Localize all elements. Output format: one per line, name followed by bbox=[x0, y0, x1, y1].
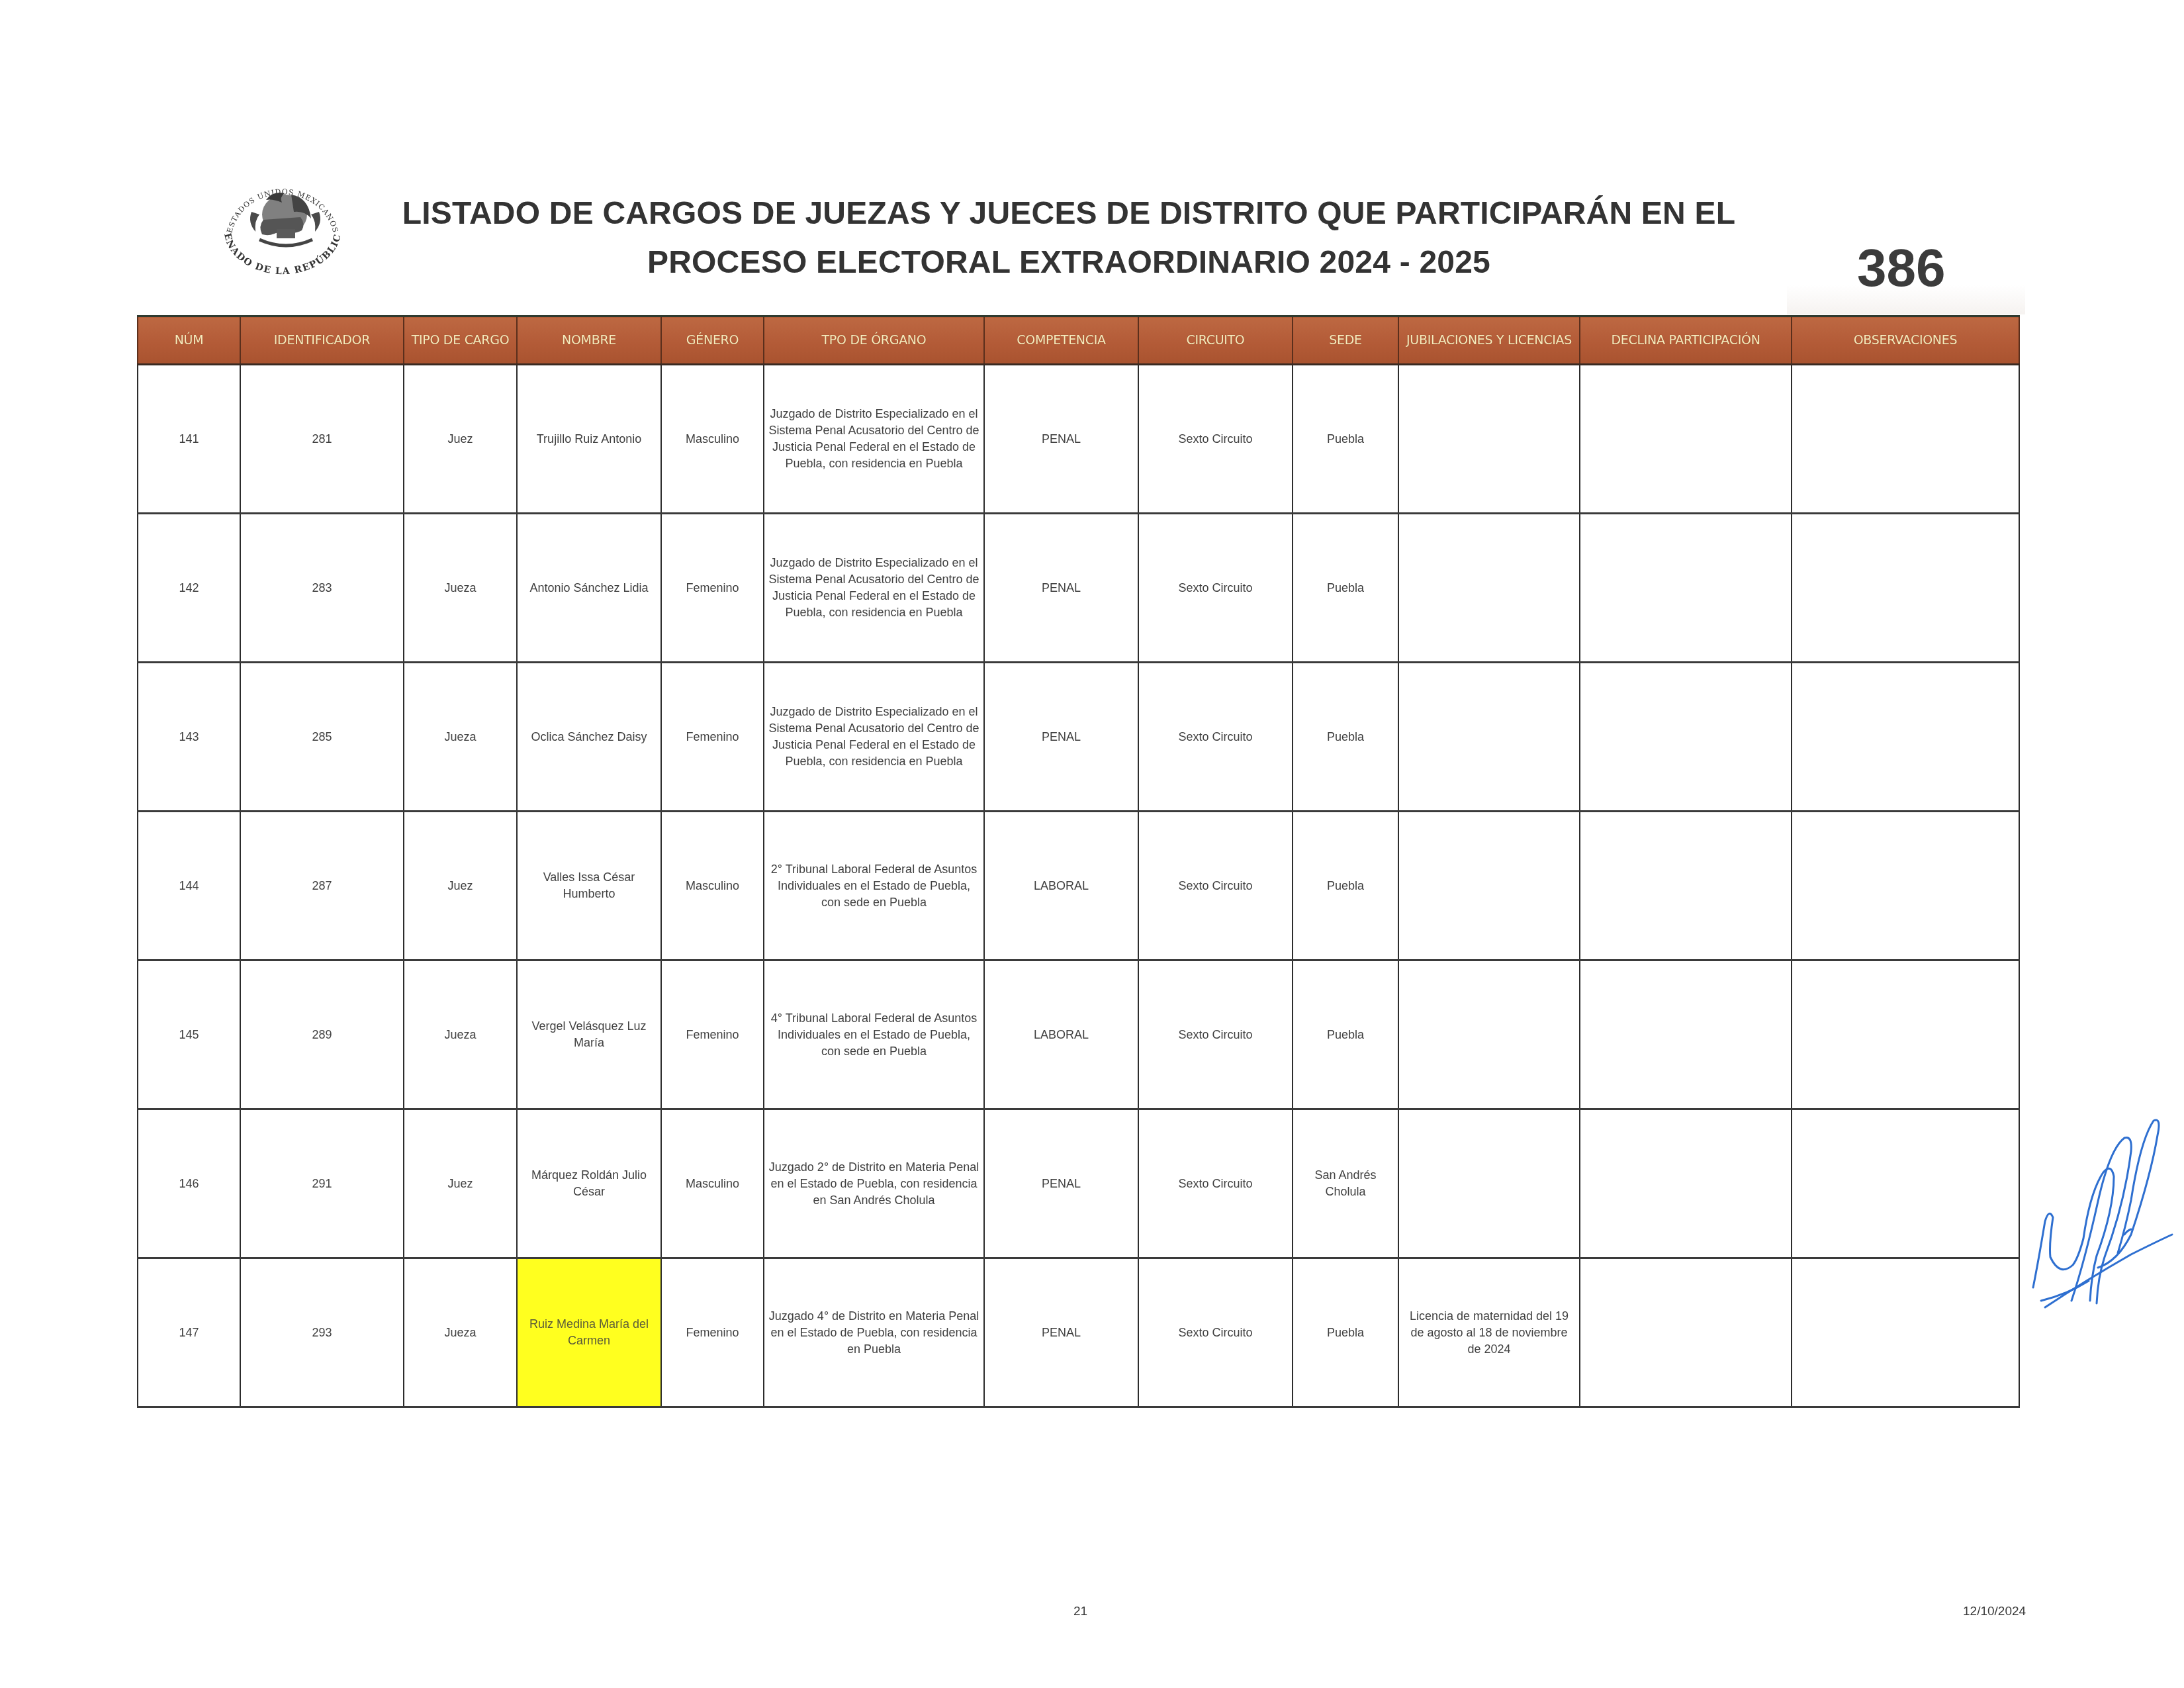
table-row: 141281JuezTrujillo Ruiz AntonioMasculino… bbox=[138, 365, 2019, 514]
table-row: 147293JuezaRuiz Medina María del CarmenF… bbox=[138, 1258, 2019, 1407]
page-number: 21 bbox=[1073, 1605, 1087, 1619]
cell-identificador: 283 bbox=[240, 514, 404, 663]
cell-circuito: Sexto Circuito bbox=[1138, 663, 1293, 812]
cell-tipo-cargo: Juez bbox=[404, 1109, 517, 1258]
cell-jubilaciones: Licencia de maternidad del 19 de agosto … bbox=[1398, 1258, 1580, 1407]
cell-num: 145 bbox=[138, 961, 240, 1109]
cell-sede: Puebla bbox=[1293, 961, 1398, 1109]
cell-nombre: Oclica Sánchez Daisy bbox=[517, 663, 661, 812]
cell-sede: Puebla bbox=[1293, 365, 1398, 514]
cell-competencia: PENAL bbox=[984, 1258, 1138, 1407]
cell-nombre: Valles Issa César Humberto bbox=[517, 812, 661, 961]
cell-genero: Femenino bbox=[661, 663, 764, 812]
cell-declina bbox=[1580, 1109, 1792, 1258]
cell-organo: Juzgado 2° de Distrito en Materia Penal … bbox=[764, 1109, 984, 1258]
cell-tipo-cargo: Jueza bbox=[404, 514, 517, 663]
cell-observaciones bbox=[1792, 365, 2019, 514]
cell-declina bbox=[1580, 663, 1792, 812]
cell-sede: Puebla bbox=[1293, 812, 1398, 961]
title-line-1: LISTADO DE CARGOS DE JUEZAS Y JUECES DE … bbox=[371, 189, 1767, 238]
cell-sede: Puebla bbox=[1293, 1258, 1398, 1407]
cell-organo: Juzgado de Distrito Especializado en el … bbox=[764, 514, 984, 663]
cell-organo: 2° Tribunal Laboral Federal de Asuntos I… bbox=[764, 812, 984, 961]
cell-declina bbox=[1580, 514, 1792, 663]
cell-observaciones bbox=[1792, 961, 2019, 1109]
cell-tipo-cargo: Juez bbox=[404, 365, 517, 514]
cell-observaciones bbox=[1792, 1109, 2019, 1258]
cell-declina bbox=[1580, 961, 1792, 1109]
cell-competencia: PENAL bbox=[984, 663, 1138, 812]
column-header: OBSERVACIONES bbox=[1792, 316, 2019, 365]
table-row: 146291JuezMárquez Roldán Julio CésarMasc… bbox=[138, 1109, 2019, 1258]
cell-jubilaciones bbox=[1398, 663, 1580, 812]
cell-sede: Puebla bbox=[1293, 663, 1398, 812]
cell-competencia: LABORAL bbox=[984, 961, 1138, 1109]
table-row: 142283JuezaAntonio Sánchez LidiaFemenino… bbox=[138, 514, 2019, 663]
cell-identificador: 291 bbox=[240, 1109, 404, 1258]
cell-circuito: Sexto Circuito bbox=[1138, 514, 1293, 663]
column-header: GÉNERO bbox=[661, 316, 764, 365]
cell-num: 141 bbox=[138, 365, 240, 514]
cell-competencia: LABORAL bbox=[984, 812, 1138, 961]
cell-nombre: Trujillo Ruiz Antonio bbox=[517, 365, 661, 514]
cell-competencia: PENAL bbox=[984, 514, 1138, 663]
cell-tipo-cargo: Jueza bbox=[404, 961, 517, 1109]
cell-num: 144 bbox=[138, 812, 240, 961]
cell-jubilaciones bbox=[1398, 961, 1580, 1109]
cell-declina bbox=[1580, 1258, 1792, 1407]
cell-genero: Femenino bbox=[661, 1258, 764, 1407]
column-header: DECLINA PARTICIPACIÓN bbox=[1580, 316, 1792, 365]
cell-circuito: Sexto Circuito bbox=[1138, 812, 1293, 961]
column-header: JUBILACIONES Y LICENCIAS bbox=[1398, 316, 1580, 365]
cell-organo: Juzgado 4° de Distrito en Materia Penal … bbox=[764, 1258, 984, 1407]
cell-declina bbox=[1580, 812, 1792, 961]
cell-observaciones bbox=[1792, 663, 2019, 812]
cell-genero: Masculino bbox=[661, 365, 764, 514]
column-header: NOMBRE bbox=[517, 316, 661, 365]
cell-num: 142 bbox=[138, 514, 240, 663]
table-row: 144287JuezValles Issa César HumbertoMasc… bbox=[138, 812, 2019, 961]
folio-stamp: 386 bbox=[1857, 238, 1945, 298]
senado-seal-icon: ESTADOS UNIDOS MEXICANOS SENADO DE LA RE… bbox=[213, 173, 352, 279]
cell-tipo-cargo: Jueza bbox=[404, 663, 517, 812]
cell-jubilaciones bbox=[1398, 514, 1580, 663]
cell-nombre: Ruiz Medina María del Carmen bbox=[517, 1258, 661, 1407]
cell-organo: Juzgado de Distrito Especializado en el … bbox=[764, 663, 984, 812]
cell-circuito: Sexto Circuito bbox=[1138, 1109, 1293, 1258]
cell-nombre: Márquez Roldán Julio César bbox=[517, 1109, 661, 1258]
column-header: COMPETENCIA bbox=[984, 316, 1138, 365]
cell-identificador: 287 bbox=[240, 812, 404, 961]
cell-organo: Juzgado de Distrito Especializado en el … bbox=[764, 365, 984, 514]
cell-jubilaciones bbox=[1398, 1109, 1580, 1258]
cell-sede: Puebla bbox=[1293, 514, 1398, 663]
cell-num: 143 bbox=[138, 663, 240, 812]
column-header: TPO DE ÓRGANO bbox=[764, 316, 984, 365]
cell-nombre: Vergel Velásquez Luz María bbox=[517, 961, 661, 1109]
signature-icon bbox=[2025, 1102, 2184, 1340]
cell-num: 146 bbox=[138, 1109, 240, 1258]
cargos-table: NÚMIDENTIFICADORTIPO DE CARGONOMBREGÉNER… bbox=[137, 315, 2020, 1408]
table-row: 143285JuezaOclica Sánchez DaisyFemeninoJ… bbox=[138, 663, 2019, 812]
cell-observaciones bbox=[1792, 1258, 2019, 1407]
document-title: LISTADO DE CARGOS DE JUEZAS Y JUECES DE … bbox=[371, 189, 1767, 287]
cell-tipo-cargo: Jueza bbox=[404, 1258, 517, 1407]
cell-observaciones bbox=[1792, 812, 2019, 961]
cell-identificador: 293 bbox=[240, 1258, 404, 1407]
cell-declina bbox=[1580, 365, 1792, 514]
cell-sede: San Andrés Cholula bbox=[1293, 1109, 1398, 1258]
table-header-row: NÚMIDENTIFICADORTIPO DE CARGONOMBREGÉNER… bbox=[138, 316, 2019, 365]
title-line-2: PROCESO ELECTORAL EXTRAORDINARIO 2024 - … bbox=[371, 238, 1767, 287]
cell-genero: Masculino bbox=[661, 1109, 764, 1258]
document-date: 12/10/2024 bbox=[1963, 1605, 2026, 1619]
cell-jubilaciones bbox=[1398, 812, 1580, 961]
column-header: IDENTIFICADOR bbox=[240, 316, 404, 365]
cell-num: 147 bbox=[138, 1258, 240, 1407]
cell-competencia: PENAL bbox=[984, 365, 1138, 514]
cell-circuito: Sexto Circuito bbox=[1138, 365, 1293, 514]
cell-organo: 4° Tribunal Laboral Federal de Asuntos I… bbox=[764, 961, 984, 1109]
cell-jubilaciones bbox=[1398, 365, 1580, 514]
cell-circuito: Sexto Circuito bbox=[1138, 1258, 1293, 1407]
cell-genero: Femenino bbox=[661, 961, 764, 1109]
column-header: CIRCUITO bbox=[1138, 316, 1293, 365]
cell-observaciones bbox=[1792, 514, 2019, 663]
cell-identificador: 289 bbox=[240, 961, 404, 1109]
table-body: 141281JuezTrujillo Ruiz AntonioMasculino… bbox=[138, 365, 2019, 1407]
cell-genero: Femenino bbox=[661, 514, 764, 663]
cell-genero: Masculino bbox=[661, 812, 764, 961]
column-header: SEDE bbox=[1293, 316, 1398, 365]
cell-circuito: Sexto Circuito bbox=[1138, 961, 1293, 1109]
cell-tipo-cargo: Juez bbox=[404, 812, 517, 961]
cell-nombre: Antonio Sánchez Lidia bbox=[517, 514, 661, 663]
cell-identificador: 281 bbox=[240, 365, 404, 514]
cell-competencia: PENAL bbox=[984, 1109, 1138, 1258]
table-row: 145289JuezaVergel Velásquez Luz MaríaFem… bbox=[138, 961, 2019, 1109]
column-header: TIPO DE CARGO bbox=[404, 316, 517, 365]
cell-identificador: 285 bbox=[240, 663, 404, 812]
column-header: NÚM bbox=[138, 316, 240, 365]
